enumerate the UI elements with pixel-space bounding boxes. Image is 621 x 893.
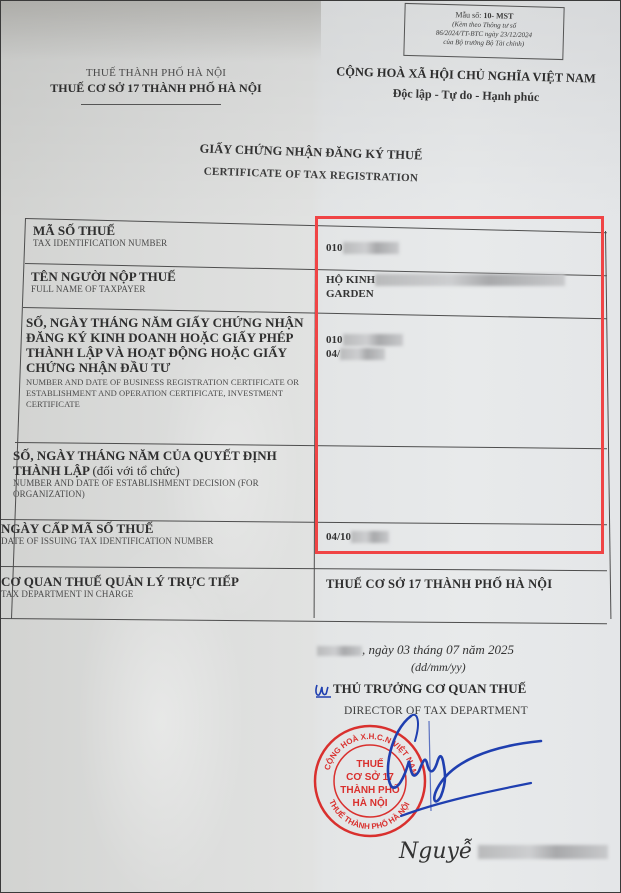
label-vn: TÊN NGƯỜI NỘP THUẾ: [31, 269, 176, 284]
tax-department-value: THUẾ CƠ SỞ 17 THÀNH PHỐ HÀ NỘI: [326, 577, 552, 592]
row-label-tax-department: CƠ QUAN THUẾ QUẢN LÝ TRỰC TIẾP TAX DEPAR…: [1, 574, 239, 600]
issue-date-line: , ngày 03 tháng 07 năm 2025: [317, 642, 514, 658]
header-divider: [81, 104, 221, 105]
date-text: , ngày 03 tháng 07 năm 2025: [362, 642, 514, 657]
seal-line-1: THUẾ: [356, 757, 384, 770]
date-format: (dd/mm/yy): [411, 660, 466, 675]
form-code-prefix: Mẫu số:: [455, 10, 481, 20]
row-label-issue-date: NGÀY CẤP MÃ SỐ THUẾ DATE OF ISSUING TAX …: [1, 521, 213, 547]
issuing-office: THUẾ CƠ SỞ 17 THÀNH PHỐ HÀ NỘI: [31, 81, 281, 96]
signer-name: Nguyễ: [399, 839, 608, 864]
director-title: THỦ TRƯỞNG CƠ QUAN THUẾ: [333, 681, 526, 697]
signer-name-text: Nguyễ: [399, 839, 472, 864]
label-en: TAX DEPARTMENT IN CHARGE: [1, 589, 239, 600]
redacted-block: [478, 845, 608, 859]
issuing-authority: THUẾ THÀNH PHỐ HÀ NỘI: [31, 67, 281, 79]
form-number-box: Mẫu số: 10- MST (Kèm theo Thông tư số 86…: [403, 3, 564, 60]
photo-frame: Mẫu số: 10- MST (Kèm theo Thông tư số 86…: [0, 0, 621, 893]
label-vn: NGÀY CẤP MÃ SỐ THUẾ: [1, 521, 213, 536]
signature-icon: [381, 701, 561, 841]
initials-mark-icon: [314, 683, 332, 699]
label-en: TAX IDENTIFICATION NUMBER: [33, 238, 167, 249]
label-vn: SỐ, NGÀY THÁNG NĂM GIẤY CHỨNG NHẬN ĐĂNG …: [26, 315, 311, 375]
label-vn-suffix: (đối với tổ chức): [92, 463, 179, 478]
label-en: FULL NAME OF TAXPAYER: [31, 284, 176, 295]
label-en: NUMBER AND DATE OF ESTABLISHMENT DECISIO…: [13, 478, 313, 500]
redacted-block: [317, 646, 362, 656]
form-code: 10- MST: [483, 11, 513, 21]
row-label-tax-id: MÃ SỐ THUẾ TAX IDENTIFICATION NUMBER: [33, 223, 167, 249]
highlight-box: [315, 216, 604, 554]
label-en: NUMBER AND DATE OF BUSINESS REGISTRATION…: [26, 377, 311, 410]
label-en: DATE OF ISSUING TAX IDENTIFICATION NUMBE…: [1, 536, 213, 547]
photo-shadow: [1, 1, 321, 61]
label-vn: CƠ QUAN THUẾ QUẢN LÝ TRỰC TIẾP: [1, 574, 239, 589]
row-label-business-registration: SỐ, NGÀY THÁNG NĂM GIẤY CHỨNG NHẬN ĐĂNG …: [26, 315, 311, 410]
label-vn: MÃ SỐ THUẾ: [33, 223, 167, 238]
row-label-establishment-decision: SỐ, NGÀY THÁNG NĂM CỦA QUYẾT ĐỊNH THÀNH …: [13, 448, 313, 500]
row-label-taxpayer-name: TÊN NGƯỜI NỘP THUẾ FULL NAME OF TAXPAYER: [31, 269, 176, 295]
